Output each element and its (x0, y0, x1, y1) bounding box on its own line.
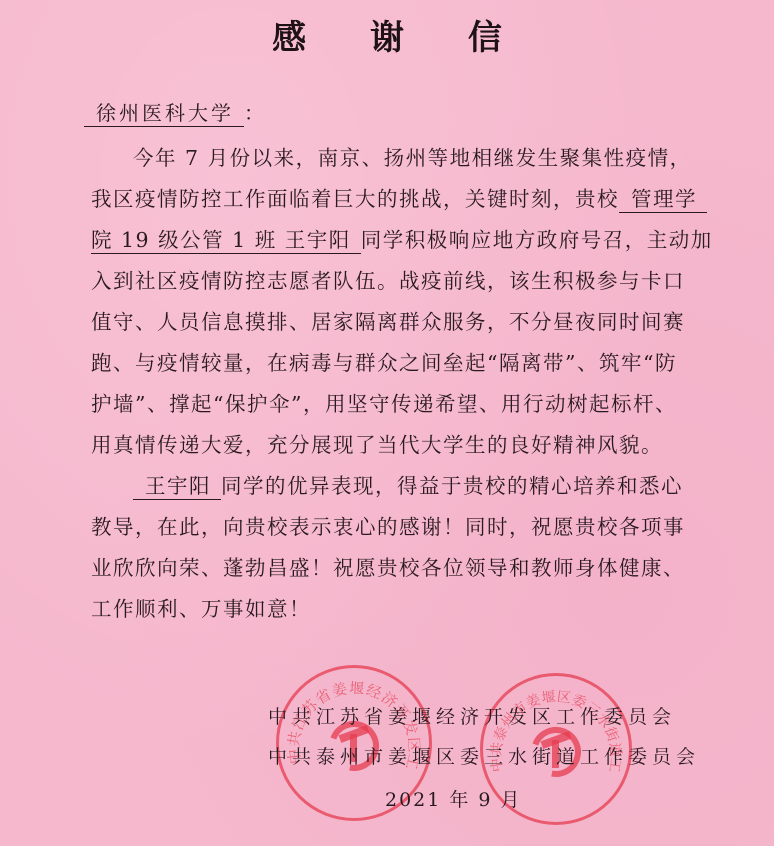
p2-line: 王宇阳同学的优异表现，得益于贵校的精心培养和悉心 (91, 466, 691, 507)
letter-date: 2021 年 9 月 (385, 785, 522, 812)
signing-org-1: 中共江苏省姜堰经济开发区工作委员会 (268, 702, 676, 729)
signing-org-2: 中共泰州市姜堰区委三水街道工作委员会 (268, 742, 700, 769)
salutation: 徐州医科大学： (84, 97, 267, 126)
p1-line: 我区疫情防控工作面临着巨大的挑战，关键时刻，贵校管理学 (91, 179, 691, 220)
p2-line: 工作顺利、万事如意！ (91, 589, 691, 630)
p2-line: 教导，在此，向贵校表示衷心的感谢！同时，祝愿贵校各项事 (91, 507, 691, 548)
p2-text: 同学的优异表现，得益于贵校的精心培养和悉心 (221, 474, 683, 498)
p1-line: 值守、人员信息摸排、居家隔离群众服务，不分昼夜同时间赛 (91, 302, 691, 343)
letter-body: 今年 7 月份以来，南京、扬州等地相继发生聚集性疫情， 我区疫情防控工作面临着巨… (91, 138, 691, 630)
p1-text: 同学积极响应地方政府号召，主动加 (361, 228, 713, 252)
recipient-name: 徐州医科大学 (84, 101, 244, 127)
p1-line: 护墙”、撑起“保护伞”，用坚守传递希望、用行动树起标杆、 (91, 384, 691, 425)
student-name-underlined: 王宇阳 (133, 474, 221, 500)
p1-line: 今年 7 月份以来，南京、扬州等地相继发生聚集性疫情， (91, 138, 691, 179)
letter-title: 感 谢 信 (0, 10, 774, 59)
salutation-colon: ： (244, 101, 267, 125)
p2-line: 业欣欣向荣、蓬勃昌盛！祝愿贵校各位领导和教师身体健康、 (91, 548, 691, 589)
student-underlined: 院 19 级公管 1 班 王宇阳 (91, 228, 361, 254)
p1-line: 跑、与疫情较量，在病毒与群众之间垒起“隔离带”、筑牢“防 (91, 343, 691, 384)
class-name-underlined: 管理学 (619, 187, 707, 213)
p1-line: 用真情传递大爱，充分展现了当代大学生的良好精神风貌。 (91, 425, 691, 466)
p1-text: 我区疫情防控工作面临着巨大的挑战，关键时刻，贵校 (91, 187, 619, 211)
p1-line: 院 19 级公管 1 班 王宇阳同学积极响应地方政府号召，主动加 (91, 220, 691, 261)
p1-line: 入到社区疫情防控志愿者队伍。战疫前线，该生积极参与卡口 (91, 261, 691, 302)
